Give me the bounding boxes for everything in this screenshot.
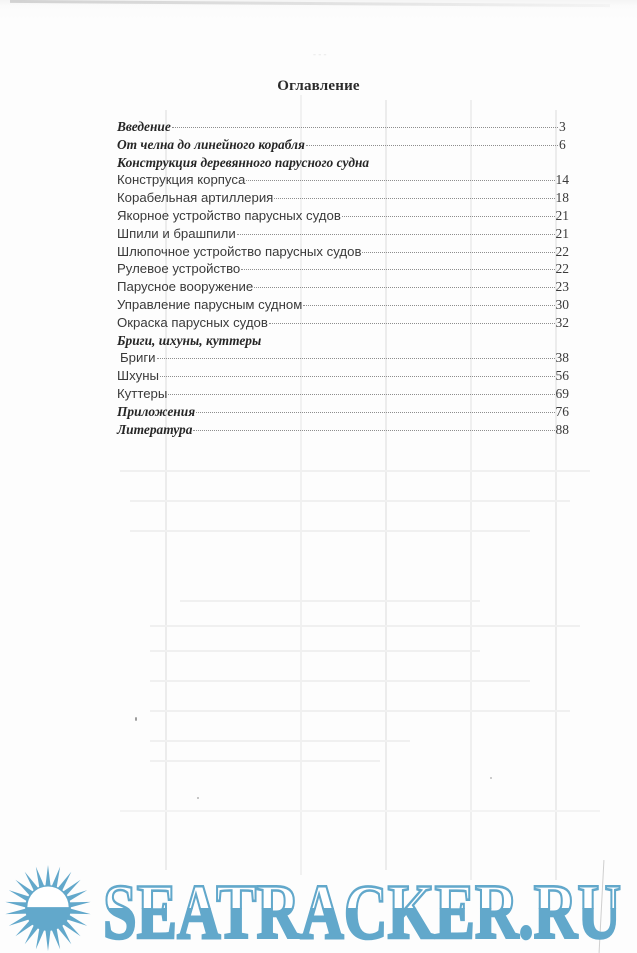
dust-speck	[490, 777, 492, 779]
toc-entry: Окраска парусных судов32	[117, 314, 569, 332]
toc-entry: Конструкция корпуса14	[117, 171, 569, 189]
toc-entry-label: Бриги, шхуны, куттеры	[117, 332, 261, 350]
page-title: Оглавление	[0, 78, 637, 95]
sun-icon	[4, 864, 92, 952]
toc-dot-leader	[160, 376, 554, 377]
toc-entry-page-number: 30	[556, 296, 570, 314]
table-of-contents: Введение3От челна до линейного корабля6К…	[117, 118, 569, 438]
dust-speck	[135, 717, 137, 721]
toc-entry-page-number: 88	[556, 421, 570, 439]
toc-entry-label: Якорное устройство парусных судов	[117, 207, 341, 225]
toc-dot-leader	[362, 252, 554, 253]
toc-entry: Шлюпочное устройство парусных судов22	[117, 243, 569, 261]
toc-entry: Парусное вооружение23	[117, 278, 569, 296]
toc-entry: Управление парусным судном30	[117, 296, 569, 314]
toc-entry-label: Парусное вооружение	[117, 278, 253, 296]
watermark-text: SEATRACKER.RU SEATRACKER.RU	[103, 872, 623, 944]
toc-entry-page-number: 76	[556, 403, 570, 421]
site-watermark: SEATRACKER.RU SEATRACKER.RU	[0, 858, 637, 953]
toc-entry-page-number: 21	[556, 225, 570, 243]
toc-dot-leader	[342, 216, 555, 217]
toc-entry: Литература88	[117, 421, 569, 439]
toc-entry-page-number: 69	[556, 385, 570, 403]
toc-entry-page-number: 38	[556, 349, 570, 367]
toc-entry-label: Окраска парусных судов	[117, 314, 268, 332]
toc-entry-page-number: 21	[556, 207, 570, 225]
toc-dot-leader	[254, 287, 554, 288]
toc-dot-leader	[269, 323, 555, 324]
toc-entry-page-number: 22	[556, 260, 570, 278]
toc-entry: Якорное устройство парусных судов21	[117, 207, 569, 225]
toc-entry: Шхуны56	[117, 367, 569, 385]
toc-entry: От челна до линейного корабля6	[117, 136, 569, 154]
toc-dot-leader	[274, 198, 554, 199]
toc-dot-leader	[193, 430, 554, 431]
toc-dot-leader	[196, 412, 554, 413]
toc-entry-label: Корабельная артиллерия	[117, 189, 273, 207]
toc-entry-label: От челна до линейного корабля	[117, 136, 305, 154]
toc-entry-page-number: 23	[556, 278, 570, 296]
toc-entry-label: Куттеры	[117, 385, 167, 403]
toc-entry-label: Шпили и брашпили	[117, 225, 236, 243]
toc-dot-leader	[172, 127, 558, 128]
toc-entry: Бриги38	[117, 349, 569, 367]
toc-entry-page-number: 18	[556, 189, 570, 207]
toc-entry: Конструкция деревянного парусного судна	[117, 154, 569, 172]
toc-entry-label: Приложения	[117, 403, 195, 421]
toc-entry-page-number: 3	[559, 118, 569, 136]
toc-entry-label: Конструкция корпуса	[117, 171, 245, 189]
toc-dot-leader	[157, 358, 555, 359]
toc-entry-label: Бриги	[117, 349, 156, 367]
toc-entry: Рулевое устройство22	[117, 260, 569, 278]
toc-dot-leader	[303, 305, 554, 306]
toc-entry: Приложения76	[117, 403, 569, 421]
show-through-page-number: - - -	[313, 49, 327, 59]
toc-entry-page-number: 14	[556, 171, 570, 189]
toc-entry-page-number: 56	[556, 367, 570, 385]
toc-dot-leader	[246, 180, 554, 181]
toc-entry-label: Введение	[117, 118, 171, 136]
toc-entry-page-number: 22	[556, 243, 570, 261]
toc-dot-leader	[168, 394, 554, 395]
toc-dot-leader	[237, 234, 555, 235]
toc-entry: Корабельная артиллерия18	[117, 189, 569, 207]
toc-dot-leader	[306, 145, 558, 146]
toc-entry-label: Шхуны	[117, 367, 159, 385]
toc-entry: Куттеры69	[117, 385, 569, 403]
toc-entry-label: Рулевое устройство	[117, 260, 240, 278]
toc-entry-label: Литература	[117, 421, 192, 439]
toc-entry: Шпили и брашпили21	[117, 225, 569, 243]
toc-entry-label: Шлюпочное устройство парусных судов	[117, 243, 361, 261]
toc-entry-label: Управление парусным судном	[117, 296, 302, 314]
toc-entry: Введение3	[117, 118, 569, 136]
toc-entry-page-number: 32	[556, 314, 570, 332]
dust-speck	[197, 797, 199, 799]
toc-entry-page-number: 6	[559, 136, 569, 154]
toc-entry-label: Конструкция деревянного парусного судна	[117, 154, 369, 172]
toc-entry: Бриги, шхуны, куттеры	[117, 332, 569, 350]
page-top-edge-shadow	[10, 0, 610, 7]
toc-dot-leader	[241, 269, 554, 270]
